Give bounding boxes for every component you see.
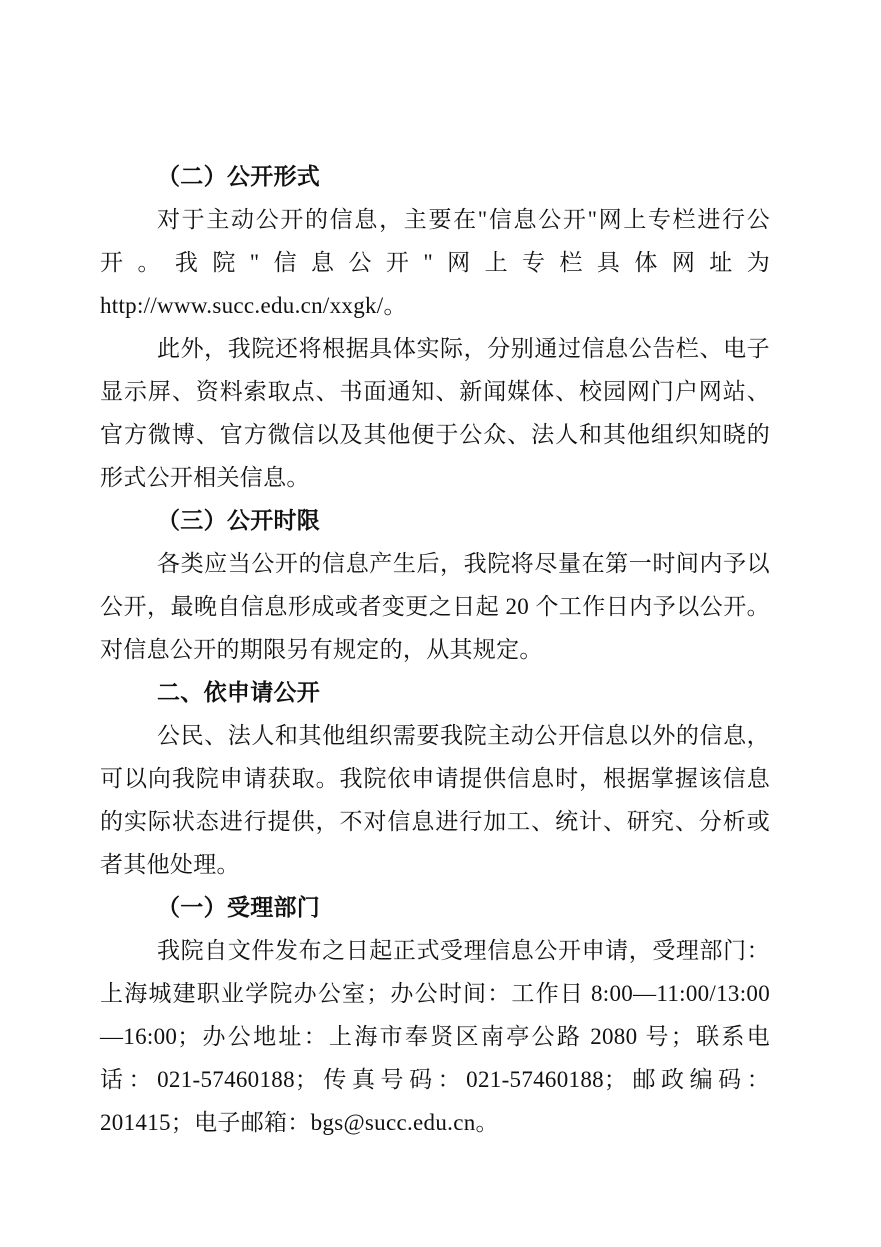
document-content: （二）公开形式 对于主动公开的信息，主要在"信息公开"网上专栏进行公开。我院"信… [100, 155, 770, 1144]
paragraph-request-disclosure-detail: 公民、法人和其他组织需要我院主动公开信息以外的信息，可以向我院申请获取。我院依申… [100, 714, 770, 886]
paragraph-proactive-disclosure-channel: 对于主动公开的信息，主要在"信息公开"网上专栏进行公开。我院"信息公开"网上专栏… [100, 198, 770, 327]
document-page: （二）公开形式 对于主动公开的信息，主要在"信息公开"网上专栏进行公开。我院"信… [0, 0, 881, 1247]
heading-disclosure-time-limit: （三）公开时限 [100, 499, 770, 542]
paragraph-accepting-department-detail: 我院自文件发布之日起正式受理信息公开申请，受理部门：上海城建职业学院办公室；办公… [100, 929, 770, 1144]
paragraph-other-disclosure-channels: 此外，我院还将根据具体实际，分别通过信息公告栏、电子显示屏、资料索取点、书面通知… [100, 327, 770, 499]
paragraph-time-limit-detail: 各类应当公开的信息产生后，我院将尽量在第一时间内予以公开，最晚自信息形成或者变更… [100, 542, 770, 671]
heading-disclosure-form: （二）公开形式 [100, 155, 770, 198]
heading-disclosure-upon-request: 二、依申请公开 [100, 671, 770, 714]
heading-accepting-department: （一）受理部门 [100, 886, 770, 929]
